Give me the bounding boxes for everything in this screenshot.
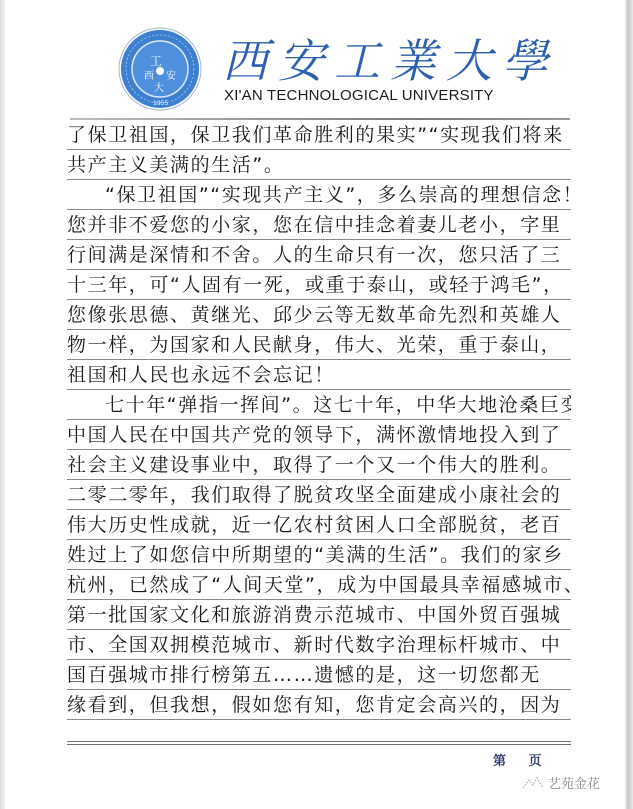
- letter-line: 您并非不爱您的小家，您在信中挂念着妻儿老小，字里: [67, 210, 571, 240]
- wechat-channel-icon: [522, 776, 544, 790]
- letter-line: 中国人民在中国共产党的领导下，满怀激情地投入到了: [67, 420, 571, 450]
- letter-line: 祖国和人民也永远不会忘记！: [67, 360, 571, 390]
- letter-line: 姓过上了如您信中所期望的“美满的生活”。我们的家乡: [67, 540, 571, 570]
- letter-line: 第一批国家文化和旅游消费示范城市、中国外贸百强城: [67, 600, 571, 630]
- svg-text:安: 安: [166, 69, 176, 82]
- svg-text:西: 西: [144, 70, 154, 82]
- watermark-text: 艺苑金花: [548, 773, 600, 792]
- letterhead: 工 西 安 大 1955 西安工業大學 XI'AN TECHNOLOGICAL …: [118, 27, 518, 117]
- letter-line: “保卫祖国”“实现共产主义”，多么崇高的理想信念！: [67, 180, 571, 210]
- letter-line: 缘看到，但我想，假如您有知，您肯定会高兴的，因为: [67, 690, 571, 720]
- university-name-chinese: 西安工業大學: [222, 33, 502, 89]
- letter-line: 伟大历史性成就，近一亿农村贫困人口全部脱贫，老百: [67, 510, 571, 540]
- letter-line: 市、全国双拥模范城市、新时代数字治理标杆城市、中: [67, 630, 571, 660]
- watermark: 艺苑金花: [522, 773, 600, 792]
- letter-line: 十三年，可“人固有一死，或重于泰山，或轻于鸿毛”，: [67, 270, 571, 300]
- svg-text:1955: 1955: [153, 100, 168, 107]
- letter-line: 国百强城市排行榜第五……遗憾的是，这一切您都无: [67, 660, 571, 690]
- letter-line: 杭州，已然成了“人间天堂”，成为中国最具幸福感城市、: [67, 570, 571, 600]
- letter-line: 物一样，为国家和人民献身，伟大、光荣，重于泰山，: [67, 330, 571, 360]
- university-name-english: XI'AN TECHNOLOGICAL UNIVERSITY: [224, 87, 494, 104]
- letter-line: 七十年“弹指一挥间”。这七十年，中华大地沧桑巨变，: [67, 390, 571, 420]
- page-edge-right: [625, 0, 633, 809]
- footer-double-rule: [67, 741, 571, 745]
- university-seal-icon: 工 西 安 大 1955: [118, 27, 202, 111]
- letter-line: 了保卫祖国，保卫我们革命胜利的果实”“实现我们将来: [67, 120, 571, 150]
- letter-line: 二零二零年，我们取得了脱贫攻坚全面建成小康社会的: [67, 480, 571, 510]
- letter-line: 您像张思德、黄继光、邱少云等无数革命先烈和英雄人: [67, 300, 571, 330]
- letter-body: 了保卫祖国，保卫我们革命胜利的果实”“实现我们将来 共产主义美满的生活”。 “保…: [67, 120, 571, 720]
- svg-text:大: 大: [154, 81, 164, 94]
- letter-line: 行间满是深情和不舍。人的生命只有一次，您只活了三: [67, 240, 571, 270]
- page-number-label: 第 页: [493, 750, 542, 769]
- svg-text:工: 工: [150, 54, 162, 68]
- page-edge-left: [0, 0, 5, 809]
- letter-line: 社会主义建设事业中，取得了一个又一个伟大的胜利。: [67, 450, 571, 480]
- letter-line: 共产主义美满的生活”。: [67, 150, 571, 180]
